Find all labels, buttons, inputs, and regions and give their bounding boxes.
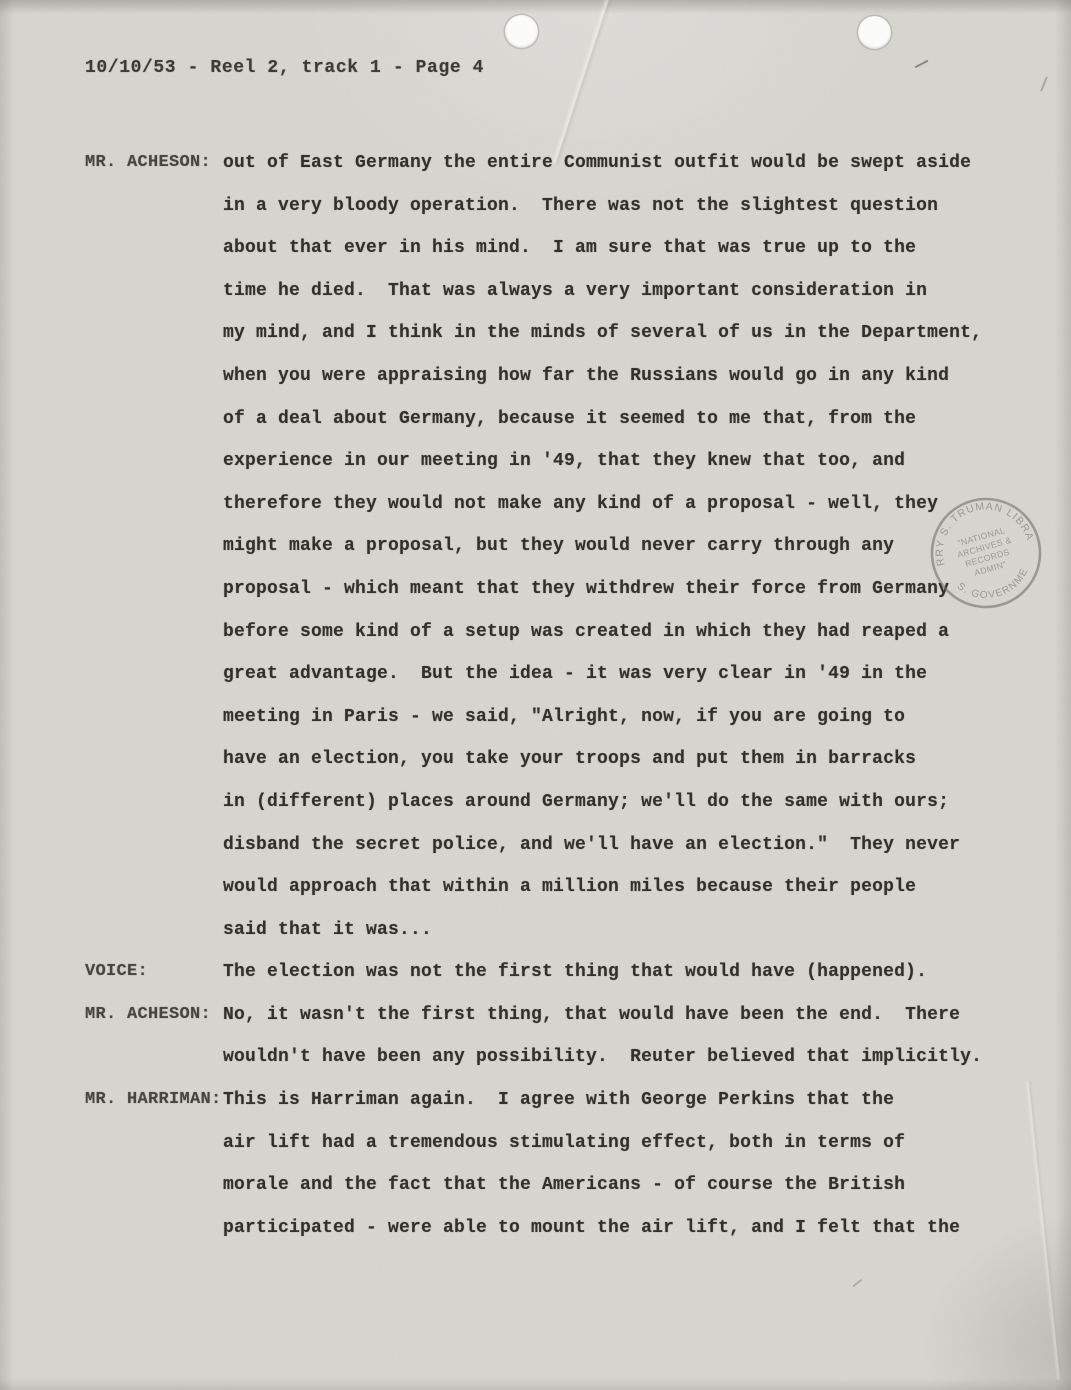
transcript-entry: MR. ACHESON:No, it wasn't the first thin… [223,994,1043,1079]
transcript-line: have an election, you take your troops a… [223,738,1043,781]
transcript-entry: MR. HARRIMAN:This is Harriman again. I a… [223,1079,1043,1249]
transcript-entry: MR. ACHESON:out of East Germany the enti… [223,142,1043,951]
speaker-label: MR. HARRIMAN: [85,1079,222,1122]
speaker-label: VOICE: [85,951,148,994]
pen-mark [853,1279,863,1287]
transcript-line: out of East Germany the entire Communist… [223,142,1043,185]
pen-mark [1040,76,1048,92]
transcript-line: participated - were able to mount the ai… [223,1207,1043,1250]
transcript-line: about that ever in his mind. I am sure t… [223,227,1043,270]
hole-punch-left [505,15,538,48]
transcript-line: my mind, and I think in the minds of sev… [223,312,1043,355]
transcript: MR. ACHESON:out of East Germany the enti… [223,142,1043,1249]
transcript-line: great advantage. But the idea - it was v… [223,653,1043,696]
transcript-line: of a deal about Germany, because it seem… [223,398,1043,441]
transcript-line: might make a proposal, but they would ne… [223,525,1043,568]
transcript-line: experience in our meeting in '49, that t… [223,440,1043,483]
transcript-line: This is Harriman again. I agree with Geo… [223,1079,1043,1122]
transcript-line: before some kind of a setup was created … [223,611,1043,654]
transcript-line: air lift had a tremendous stimulating ef… [223,1122,1043,1165]
transcript-line: in a very bloody operation. There was no… [223,185,1043,228]
transcript-line: in (different) places around Germany; we… [223,781,1043,824]
transcript-line: disband the secret police, and we'll hav… [223,824,1043,867]
scanned-transcript-page: { "page": { "header": "10/10/53 - Reel 2… [0,0,1071,1390]
transcript-line: when you were appraising how far the Rus… [223,355,1043,398]
transcript-line: wouldn't have been any possibility. Reut… [223,1036,1043,1079]
transcript-line: meeting in Paris - we said, "Alright, no… [223,696,1043,739]
speaker-label: MR. ACHESON: [85,142,211,185]
pen-mark [914,60,928,69]
transcript-line: No, it wasn't the first thing, that woul… [223,994,1043,1037]
hole-punch-right [858,16,891,49]
transcript-entry: VOICE:The election was not the first thi… [223,951,1043,994]
transcript-line: would approach that within a million mil… [223,866,1043,909]
paper-crease [550,0,615,165]
page-header: 10/10/53 - Reel 2, track 1 - Page 4 [85,58,484,78]
transcript-line: therefore they would not make any kind o… [223,483,1043,526]
transcript-line: said that it was... [223,909,1043,952]
speaker-label: MR. ACHESON: [85,994,211,1037]
transcript-line: proposal - which meant that they withdre… [223,568,1043,611]
transcript-line: time he died. That was always a very imp… [223,270,1043,313]
transcript-line: morale and the fact that the Americans -… [223,1164,1043,1207]
transcript-line: The election was not the first thing tha… [223,951,1043,994]
